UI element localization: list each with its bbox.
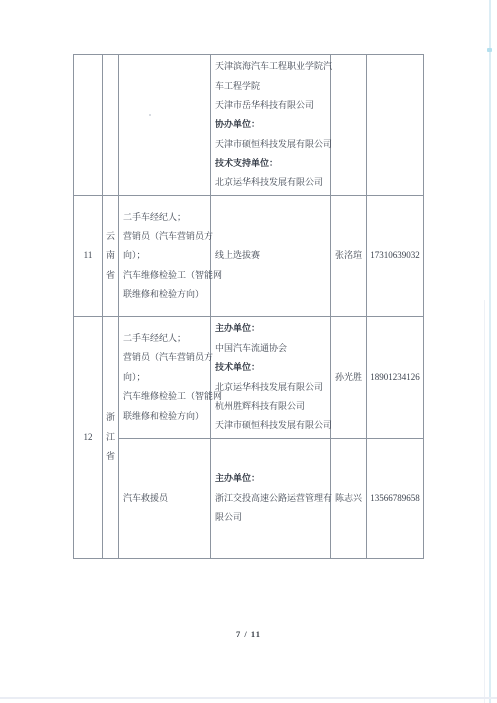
page-number: 7 / 11 xyxy=(0,629,497,639)
competition-table: 天津滨海汽车工程职业学院汽 车工程学院 天津市岳华科技有限公司 协办单位： 天津… xyxy=(73,54,424,559)
text-line: 浙江交投高速公路运营管理有 xyxy=(211,489,330,508)
phone-cell xyxy=(367,55,424,196)
jobs-cell xyxy=(119,55,211,196)
text-line: 营销员（汽车营销员方 xyxy=(119,227,210,246)
province-label: 云 南 省 xyxy=(106,227,115,285)
text-line: 杭州胜辉科技有限公司 xyxy=(211,397,330,416)
contact-name: 陈志兴 xyxy=(335,489,362,508)
seq-cell xyxy=(74,55,103,196)
seq-cell: 12 xyxy=(74,317,103,559)
province-label: 浙 江 省 xyxy=(106,408,115,466)
text-line: 协办单位： xyxy=(211,115,330,134)
seq-number: 11 xyxy=(84,246,93,265)
seq-cell: 11 xyxy=(74,196,103,317)
text-line: 汽车维修检验工（智能网 xyxy=(119,266,210,285)
contact-name: 张洺瑄 xyxy=(335,246,362,265)
text-line: 技术单位： xyxy=(211,358,330,377)
text-line: 向）； xyxy=(119,246,210,265)
seq-number: 12 xyxy=(84,428,93,447)
units-cell: 主办单位： 浙江交投高速公路运营管理有 限公司 xyxy=(211,439,331,559)
jobs-cell: 二手车经纪人； 营销员（汽车营销员方 向）； 汽车维修检验工（智能网 联维修和检… xyxy=(119,196,211,317)
scan-dot-artifact xyxy=(487,48,492,52)
scan-edge-artifact xyxy=(489,0,491,703)
text-line: 汽车救援员 xyxy=(119,489,210,508)
phone-cell: 17310639032 xyxy=(367,196,424,317)
text-line: 北京运华科技发展有限公司 xyxy=(211,173,330,192)
phone-number: 18901234126 xyxy=(370,368,420,387)
province-cell: 浙 江 省 xyxy=(103,317,119,559)
units-cell: 主办单位： 中国汽车流通协会 技术单位： 北京运华科技发展有限公司 杭州胜辉科技… xyxy=(211,317,331,439)
phone-cell: 18901234126 xyxy=(367,317,424,439)
units-cell: 天津滨海汽车工程职业学院汽 车工程学院 天津市岳华科技有限公司 协办单位： 天津… xyxy=(211,55,331,196)
jobs-cell: 汽车救援员 xyxy=(119,439,211,559)
text-line: 主办单位： xyxy=(211,469,330,488)
text-line: 汽车维修检验工（智能网 xyxy=(119,387,210,406)
text-line: 天津市硕恒科技发展有限公司 xyxy=(211,135,330,154)
province-cell: 云 南 省 xyxy=(103,196,119,317)
jobs-cell: 二手车经纪人； 营销员（汽车营销员方 向）； 汽车维修检验工（智能网 联维修和检… xyxy=(119,317,211,439)
contact-cell: 孙光胜 xyxy=(331,317,367,439)
text-line: 车工程学院 xyxy=(211,77,330,96)
text-line: 天津市岳华科技有限公司 xyxy=(211,96,330,115)
scan-edge-artifact xyxy=(0,697,497,699)
text-line: 二手车经纪人； xyxy=(119,208,210,227)
text-line: 联维修和检验方向） xyxy=(119,407,210,426)
text-line: 北京运华科技发展有限公司 xyxy=(211,378,330,397)
text-line: 线上选拔赛 xyxy=(211,246,330,265)
contact-cell: 陈志兴 xyxy=(331,439,367,559)
scan-edge-artifact xyxy=(484,300,485,703)
text-line: 技术支持单位： xyxy=(211,154,330,173)
text-line: 联维修和检验方向） xyxy=(119,285,210,304)
phone-number: 17310639032 xyxy=(370,246,420,265)
contact-cell: 张洺瑄 xyxy=(331,196,367,317)
contact-name: 孙光胜 xyxy=(335,368,362,387)
text-line: 主办单位： xyxy=(211,319,330,338)
phone-cell: 13566789658 xyxy=(367,439,424,559)
text-line: 向）； xyxy=(119,368,210,387)
contact-cell xyxy=(331,55,367,196)
scanned-document-page: 天津滨海汽车工程职业学院汽 车工程学院 天津市岳华科技有限公司 协办单位： 天津… xyxy=(0,0,497,703)
text-line: 营销员（汽车营销员方 xyxy=(119,348,210,367)
text-line: 天津市硕恒科技发展有限公司 xyxy=(211,416,330,435)
phone-number: 13566789658 xyxy=(370,489,420,508)
scan-speck xyxy=(149,114,151,116)
text-line: 中国汽车流通协会 xyxy=(211,339,330,358)
text-line: 二手车经纪人； xyxy=(119,329,210,348)
province-cell xyxy=(103,55,119,196)
units-cell: 线上选拔赛 xyxy=(211,196,331,317)
text-line: 天津滨海汽车工程职业学院汽 xyxy=(211,57,330,76)
text-line: 限公司 xyxy=(211,508,330,527)
